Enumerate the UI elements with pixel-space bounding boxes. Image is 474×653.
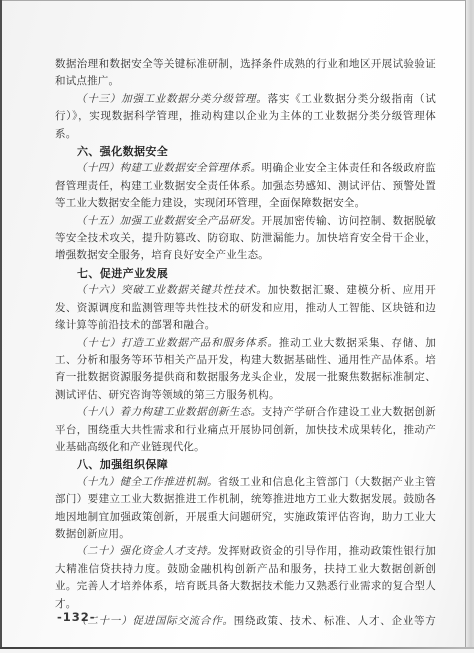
- document-page: 数据治理和数据安全等关键标准研制，选择条件成熟的行业和地区开展试验验证和试点推广…: [0, 0, 474, 653]
- paragraph-item: （十四）构建工业数据安全管理体系。明确企业安全主体责任和各级政府监督管理责任，构…: [55, 160, 436, 212]
- page-top-edge: [0, 0, 474, 1]
- paragraph-item: （十九）健全工作推进机制。省级工业和信息化主管部门（大数据产业主管部门）要建立工…: [55, 474, 436, 544]
- item-lead: （十四）构建工业数据安全管理体系。: [76, 162, 262, 174]
- item-lead: （十八）着力构建工业数据创新生态。: [76, 406, 262, 418]
- page-left-edge: [0, 0, 2, 649]
- section-heading: 六、强化数据安全: [55, 143, 436, 160]
- item-lead: （十七）打造工业数据产品和服务体系。: [76, 337, 279, 349]
- page-right-edge: [465, 0, 474, 653]
- item-lead: （十三）加强工业数据分类分级管理。: [76, 93, 268, 105]
- item-text: 数据治理和数据安全等关键标准研制，选择条件成熟的行业和地区开展试验验证和试点推广…: [55, 58, 436, 87]
- document-body: 数据治理和数据安全等关键标准研制，选择条件成熟的行业和地区开展试验验证和试点推广…: [55, 56, 436, 631]
- page-number: -132-: [57, 610, 96, 624]
- paragraph-item: （十三）加强工业数据分类分级管理。落实《工业数据分类分级指南（试行）》，实现数据…: [55, 91, 436, 143]
- page-bottom-margin: [0, 649, 474, 653]
- paragraph-item: （二十一）促进国际交流合作。围绕政策、技术、标准、人才、企业等方面，推进工: [55, 613, 436, 631]
- item-lead: （十五）加强工业数据安全产品研发。: [76, 215, 262, 227]
- paragraph-continued: 数据治理和数据安全等关键标准研制，选择条件成熟的行业和地区开展试验验证和试点推广…: [55, 56, 436, 91]
- paragraph-item: （十五）加强工业数据安全产品研发。开展加密传输、访问控制、数据脱敏等安全技术攻关…: [55, 213, 436, 265]
- paragraph-item: （二十）强化资金人才支持。发挥财政资金的引导作用，推动政策性银行加大精准信贷扶持…: [55, 543, 436, 613]
- paragraph-item: （十六）突破工业数据关键共性技术。加快数据汇聚、建模分析、应用开发、资源调度和监…: [55, 282, 436, 334]
- section-heading: 八、加强组织保障: [55, 456, 436, 473]
- section-heading: 七、促进产业发展: [55, 265, 436, 282]
- item-lead: （二十一）促进国际交流合作。: [76, 615, 234, 627]
- paragraph-item: （十七）打造工业数据产品和服务体系。推动工业大数据采集、存储、加工、分析和服务等…: [55, 335, 436, 405]
- paragraph-item: （十八）着力构建工业数据创新生态。支持产学研合作建设工业大数据创新平台，围绕重大…: [55, 404, 436, 456]
- item-lead: （十六）突破工业数据关键共性技术。: [76, 284, 268, 296]
- item-lead: （二十）强化资金人才支持。: [76, 545, 218, 557]
- item-lead: （十九）健全工作推进机制。: [76, 476, 218, 488]
